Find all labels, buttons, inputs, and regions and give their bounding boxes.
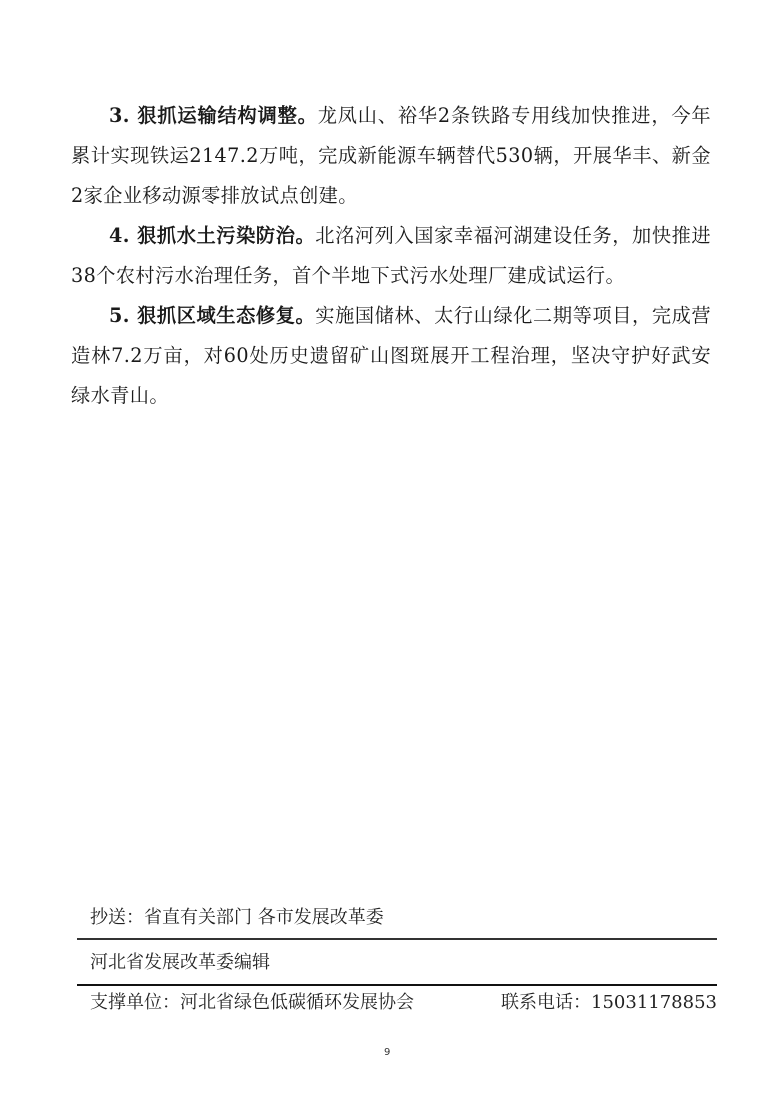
- document-page: 3. 狠抓运输结构调整。龙凤山、裕华2条铁路专用线加快推进，今年累计实现铁运21…: [0, 0, 781, 1120]
- paragraph-ecology: 5. 狠抓区域生态修复。实施国储林、太行山绿化二期等项目，完成营造林7.2万亩，…: [71, 296, 711, 416]
- editor-line: 河北省发展改革委编辑: [77, 952, 270, 974]
- divider: [77, 984, 717, 986]
- document-body: 3. 狠抓运输结构调整。龙凤山、裕华2条铁路专用线加快推进，今年累计实现铁运21…: [71, 96, 711, 416]
- paragraph-heading: 4. 狠抓水土污染防治。: [109, 224, 315, 247]
- paragraph-heading: 5. 狠抓区域生态修复。: [109, 304, 315, 327]
- support-row: 支撑单位：河北省绿色低碳循环发展协会 联系电话：15031178853: [77, 992, 717, 1014]
- page-number: 9: [384, 1047, 390, 1058]
- cc-line: 抄送：省直有关部门 各市发展改革委: [77, 907, 384, 929]
- divider: [77, 938, 717, 940]
- support-unit: 支撑单位：河北省绿色低碳循环发展协会: [90, 992, 414, 1014]
- contact-phone: 联系电话：15031178853: [501, 992, 717, 1014]
- paragraph-water-soil: 4. 狠抓水土污染防治。北洺河列入国家幸福河湖建设任务，加快推进38个农村污水治…: [71, 216, 711, 296]
- paragraph-transport: 3. 狠抓运输结构调整。龙凤山、裕华2条铁路专用线加快推进，今年累计实现铁运21…: [71, 96, 711, 216]
- paragraph-heading: 3. 狠抓运输结构调整。: [109, 104, 318, 127]
